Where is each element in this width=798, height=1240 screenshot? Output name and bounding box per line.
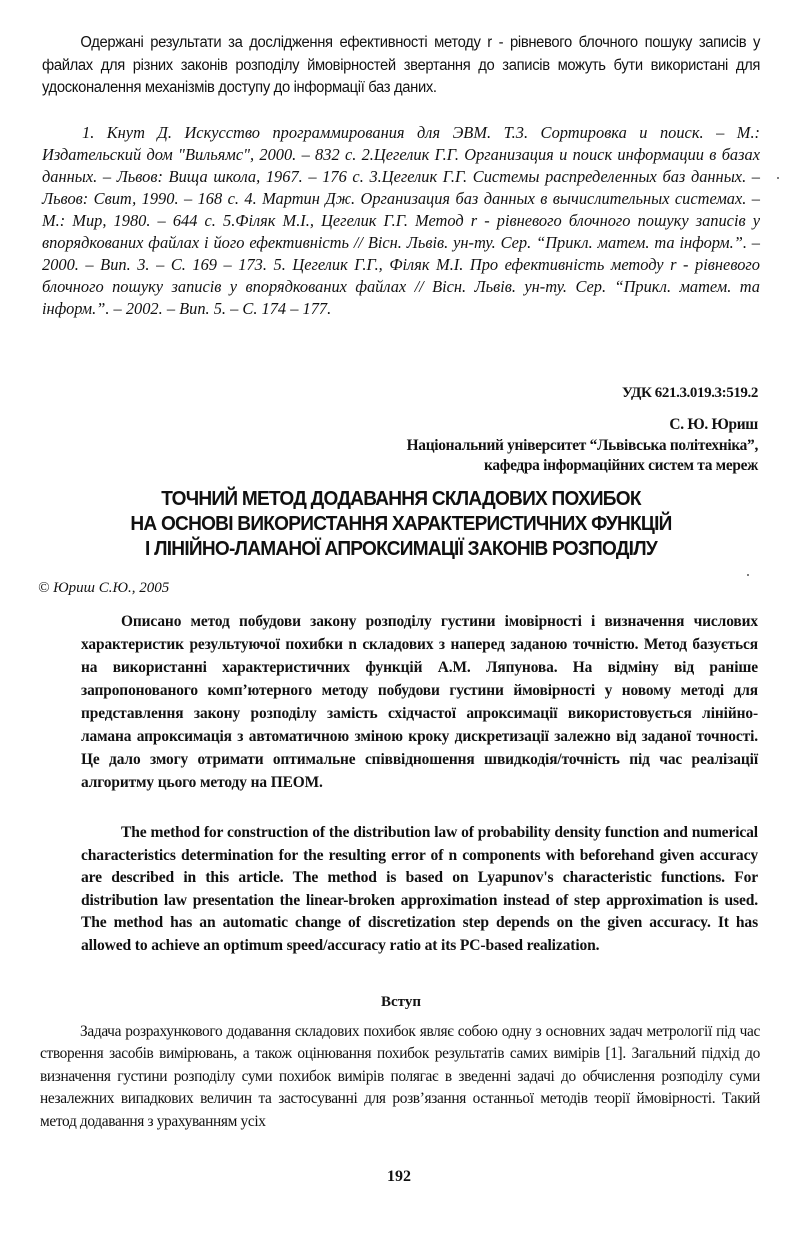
- page-number: 192: [0, 1168, 798, 1186]
- title-line: ТОЧНИЙ МЕТОД ДОДАВАННЯ СКЛАДОВИХ ПОХИБОК: [67, 486, 735, 511]
- document-page: Одержані результати за дослідження ефект…: [0, 0, 798, 1240]
- article-title: ТОЧНИЙ МЕТОД ДОДАВАННЯ СКЛАДОВИХ ПОХИБОК…: [67, 486, 735, 561]
- udk-code: УДК 621.3.019.3:519.2: [622, 385, 758, 402]
- title-line: НА ОСНОВІ ВИКОРИСТАННЯ ХАРАКТЕРИСТИЧНИХ …: [67, 511, 735, 536]
- scan-speck: [777, 177, 779, 179]
- abstract-ukrainian: Описано метод побудови закону розподілу …: [81, 610, 758, 794]
- abstract-english: The method for construction of the distr…: [81, 822, 758, 957]
- affiliation-university: Національний університет “Львівська полі…: [407, 436, 758, 456]
- section-heading: Вступ: [42, 994, 760, 1011]
- author-name: С. Ю. Юриш: [407, 415, 758, 435]
- conclusion-paragraph: Одержані результати за дослідження ефект…: [42, 32, 760, 100]
- reference-list: 1. Кнут Д. Искусство программирования дл…: [42, 122, 760, 320]
- copyright-notice: © Юриш С.Ю., 2005: [38, 580, 169, 597]
- title-line: І ЛІНІЙНО-ЛАМАНОЇ АПРОКСИМАЦІЇ ЗАКОНІВ Р…: [67, 536, 735, 561]
- scan-speck: [747, 574, 749, 576]
- author-block: С. Ю. Юриш Національний університет “Льв…: [407, 415, 758, 476]
- intro-paragraph: Задача розрахункового додавання складови…: [40, 1021, 760, 1133]
- affiliation-department: кафедра інформаційних систем та мереж: [407, 456, 758, 476]
